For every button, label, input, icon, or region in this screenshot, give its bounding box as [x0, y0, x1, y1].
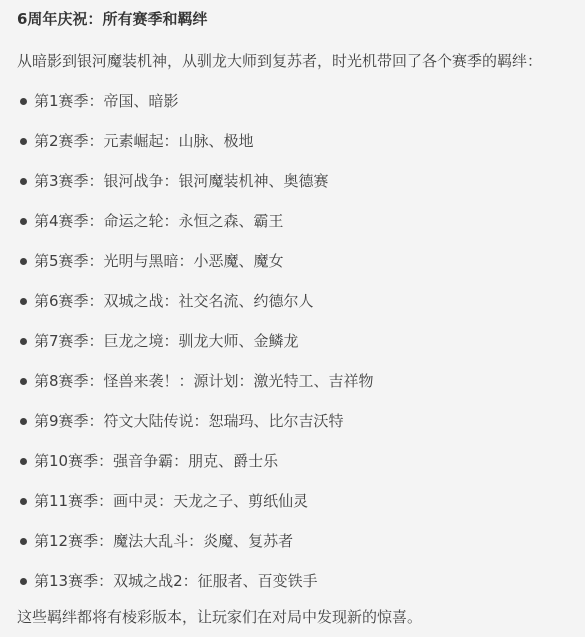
- season-label: 第11赛季：画中灵：天龙之子、剪纸仙灵: [34, 490, 308, 512]
- list-item: 第3赛季：银河战争：银河魔装机神、奥德赛: [17, 170, 585, 192]
- list-item: 第12赛季：魔法大乱斗：炎魔、复苏者: [17, 530, 585, 552]
- season-list: 第1赛季：帝国、暗影 第2赛季：元素崛起：山脉、极地 第3赛季：银河战争：银河魔…: [17, 90, 585, 592]
- article-title: 6周年庆祝：所有赛季和羁绊: [17, 8, 585, 30]
- outro-paragraph: 这些羁绊都将有棱彩版本，让玩家们在对局中发现新的惊喜。: [17, 606, 585, 628]
- article: 6周年庆祝：所有赛季和羁绊 从暗影到银河魔装机神，从驯龙大师到复苏者，时光机带回…: [0, 0, 585, 628]
- bullet-icon: [20, 378, 27, 385]
- season-label: 第8赛季：怪兽来袭！：源计划：激光特工、吉祥物: [34, 370, 374, 392]
- list-item: 第2赛季：元素崛起：山脉、极地: [17, 130, 585, 152]
- bullet-icon: [20, 98, 27, 105]
- season-label: 第9赛季：符文大陆传说：恕瑞玛、比尔吉沃特: [34, 410, 344, 432]
- season-label: 第1赛季：帝国、暗影: [34, 90, 179, 112]
- bullet-icon: [20, 498, 27, 505]
- list-item: 第6赛季：双城之战：社交名流、约德尔人: [17, 290, 585, 312]
- season-label: 第6赛季：双城之战：社交名流、约德尔人: [34, 290, 314, 312]
- list-item: 第9赛季：符文大陆传说：恕瑞玛、比尔吉沃特: [17, 410, 585, 432]
- season-label: 第4赛季：命运之轮：永恒之森、霸王: [34, 210, 284, 232]
- list-item: 第11赛季：画中灵：天龙之子、剪纸仙灵: [17, 490, 585, 512]
- list-item: 第1赛季：帝国、暗影: [17, 90, 585, 112]
- bullet-icon: [20, 458, 27, 465]
- intro-paragraph: 从暗影到银河魔装机神，从驯龙大师到复苏者，时光机带回了各个赛季的羁绊：: [17, 50, 585, 72]
- bullet-icon: [20, 418, 27, 425]
- season-label: 第2赛季：元素崛起：山脉、极地: [34, 130, 254, 152]
- list-item: 第8赛季：怪兽来袭！：源计划：激光特工、吉祥物: [17, 370, 585, 392]
- bullet-icon: [20, 298, 27, 305]
- bullet-icon: [20, 218, 27, 225]
- season-label: 第13赛季：双城之战2：征服者、百变铁手: [34, 570, 318, 592]
- season-label: 第10赛季：强音争霸：朋克、爵士乐: [34, 450, 278, 472]
- list-item: 第5赛季：光明与黑暗：小恶魔、魔女: [17, 250, 585, 272]
- list-item: 第10赛季：强音争霸：朋克、爵士乐: [17, 450, 585, 472]
- season-label: 第7赛季：巨龙之境：驯龙大师、金鳞龙: [34, 330, 299, 352]
- bullet-icon: [20, 178, 27, 185]
- season-label: 第5赛季：光明与黑暗：小恶魔、魔女: [34, 250, 284, 272]
- list-item: 第13赛季：双城之战2：征服者、百变铁手: [17, 570, 585, 592]
- bullet-icon: [20, 338, 27, 345]
- list-item: 第4赛季：命运之轮：永恒之森、霸王: [17, 210, 585, 232]
- bullet-icon: [20, 258, 27, 265]
- season-label: 第3赛季：银河战争：银河魔装机神、奥德赛: [34, 170, 329, 192]
- bullet-icon: [20, 538, 27, 545]
- bullet-icon: [20, 578, 27, 585]
- list-item: 第7赛季：巨龙之境：驯龙大师、金鳞龙: [17, 330, 585, 352]
- bullet-icon: [20, 138, 27, 145]
- season-label: 第12赛季：魔法大乱斗：炎魔、复苏者: [34, 530, 293, 552]
